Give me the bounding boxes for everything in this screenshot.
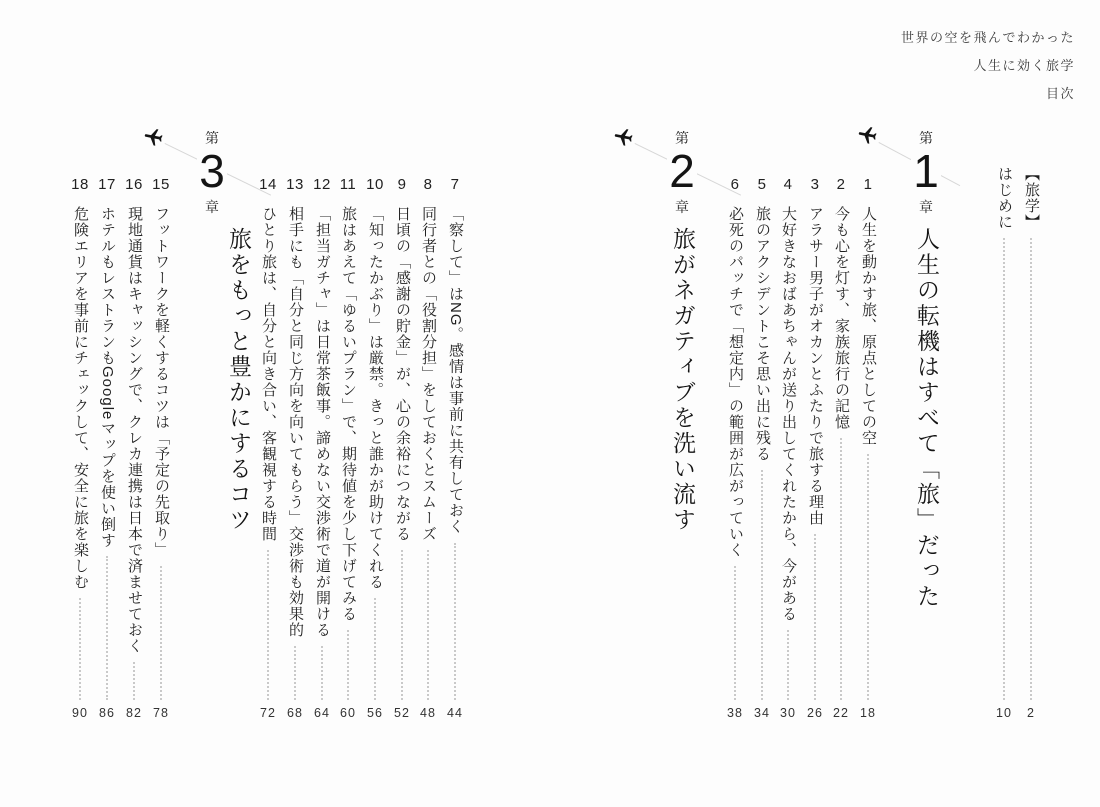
chapter-1-heading: 第 1 章 人生の転機はすべて「旅」だった <box>908 131 944 610</box>
toc-item-13: 13 相手にも「自分と同じ方向を向いてもらう」交渉術も効果的 68 <box>281 174 309 720</box>
item-title: 「察して」はNG。感情は事前に共有しておく <box>446 206 464 535</box>
dotted-leader <box>79 598 81 700</box>
dotted-leader <box>133 662 135 700</box>
page-number: 52 <box>394 706 410 720</box>
dotted-leader <box>454 543 456 701</box>
item-number: 13 <box>286 174 304 196</box>
airplane-icon <box>857 124 878 145</box>
item-number: 15 <box>152 174 170 196</box>
toc-item-8: 8 同行者との「役割分担」をしておくとスムーズ 48 <box>414 174 442 720</box>
item-title: ホテルもレストランもGoogleマップを使い倒す <box>98 206 116 548</box>
page-number: 86 <box>99 706 115 720</box>
toc-item-15: 15 フットワークを軽くするコツは「予定の先取り」 78 <box>147 174 175 720</box>
item-number: 9 <box>398 174 407 196</box>
dotted-leader <box>787 630 789 700</box>
chapter-number: 1 <box>911 145 941 197</box>
dotted-leader <box>1003 238 1005 700</box>
toc-item-10: 10 「知ったかぶり」は厳禁。きっと誰かが助けてくれる 56 <box>361 174 389 720</box>
dotted-leader <box>734 566 736 700</box>
page-number: 44 <box>447 706 463 720</box>
item-title: 相手にも「自分と同じ方向を向いてもらう」交渉術も効果的 <box>286 206 304 638</box>
entry-title: 【旅学】 <box>1022 166 1040 230</box>
toc-heading: 目次 <box>901 80 1075 108</box>
toc-item-14: 14 ひとり旅は、自分と向き合い、客観視する時間 72 <box>254 174 282 720</box>
item-title: アラサー男子がオカンとふたりで旅する理由 <box>806 206 824 526</box>
dotted-leader <box>840 438 842 700</box>
item-title: フットワークを軽くするコツは「予定の先取り」 <box>152 206 170 558</box>
item-title: 大好きなおばあちゃんが送り出してくれたから、今がある <box>779 206 797 622</box>
airplane-icon <box>613 126 634 147</box>
running-head: 世界の空を飛んでわかった 人生に効く旅学 目次 <box>901 24 1075 108</box>
toc-entry-ryogaku: 【旅学】 2 <box>1017 166 1045 720</box>
item-title: 今も心を灯す、家族旅行の記憶 <box>832 206 850 430</box>
page-number: 56 <box>367 706 383 720</box>
toc-item-16: 16 現地通貨はキャッシングで、クレカ連携は日本で済ませておく 82 <box>120 174 148 720</box>
page-number: 68 <box>287 706 303 720</box>
dotted-leader <box>401 550 403 700</box>
item-title: 旅はあえて「ゆるいプラン」で、期待値を少し下げてみる <box>339 206 357 622</box>
item-number: 7 <box>451 174 460 196</box>
page-number: 18 <box>860 706 876 720</box>
item-title: 現地通貨はキャッシングで、クレカ連携は日本で済ませておく <box>125 206 143 654</box>
item-title: 同行者との「役割分担」をしておくとスムーズ <box>419 206 437 542</box>
chapter-title: 旅がネガティブを洗い流す <box>667 227 697 533</box>
item-number: 17 <box>98 174 116 196</box>
airplane-icon <box>143 126 164 147</box>
item-number: 18 <box>71 174 89 196</box>
page-number: 90 <box>72 706 88 720</box>
dotted-leader <box>761 470 763 700</box>
toc-item-11: 11 旅はあえて「ゆるいプラン」で、期待値を少し下げてみる 60 <box>334 174 362 720</box>
item-title: 人生を動かす旅、原点としての空 <box>859 206 877 446</box>
dotted-leader <box>321 646 323 700</box>
item-title: 「担当ガチャ」は日常茶飯事。諦めない交渉術で道が開ける <box>313 206 331 638</box>
item-number: 10 <box>366 174 384 196</box>
toc-item-6: 6 必死のパッチで「想定内」の範囲が広がっていく 38 <box>721 174 749 720</box>
toc-item-17: 17 ホテルもレストランもGoogleマップを使い倒す 86 <box>93 174 121 720</box>
page-number: 2 <box>1027 706 1035 720</box>
dotted-leader <box>160 566 162 700</box>
chapter-label-prefix: 第 <box>675 131 689 145</box>
toc-item-9: 9 日頃の「感謝の貯金」が、心の余裕につながる 52 <box>388 174 416 720</box>
dotted-leader <box>106 556 108 700</box>
dotted-leader <box>867 454 869 700</box>
chapter-label-prefix: 第 <box>919 131 933 145</box>
chapter-label-suffix: 章 <box>205 200 219 214</box>
item-title: 必死のパッチで「想定内」の範囲が広がっていく <box>726 206 744 558</box>
chapter-title: 人生の転機はすべて「旅」だった <box>911 227 941 610</box>
toc-item-3: 3 アラサー男子がオカンとふたりで旅する理由 26 <box>801 174 829 720</box>
page-number: 10 <box>996 706 1012 720</box>
chapter-label-prefix: 第 <box>205 131 219 145</box>
dotted-leader <box>1030 238 1032 700</box>
chapter-3-heading: 第 3 章 旅をもっと豊かにするコツ <box>220 131 256 533</box>
page-number: 78 <box>153 706 169 720</box>
toc-item-7: 7 「察して」はNG。感情は事前に共有しておく 44 <box>441 174 469 720</box>
item-title: ひとり旅は、自分と向き合い、客観視する時間 <box>259 206 277 542</box>
dotted-leader <box>374 598 376 700</box>
toc-item-4: 4 大好きなおばあちゃんが送り出してくれたから、今がある 30 <box>774 174 802 720</box>
page-number: 60 <box>340 706 356 720</box>
dotted-leader <box>294 646 296 700</box>
item-number: 1 <box>864 174 873 196</box>
page-number: 38 <box>727 706 743 720</box>
page-number: 72 <box>260 706 276 720</box>
toc-item-1: 1 人生を動かす旅、原点としての空 18 <box>854 174 882 720</box>
dotted-leader <box>427 550 429 700</box>
toc-item-5: 5 旅のアクシデントこそ思い出に残る 34 <box>748 174 776 720</box>
dotted-leader <box>347 630 349 700</box>
item-number: 4 <box>784 174 793 196</box>
toc-item-2: 2 今も心を灯す、家族旅行の記憶 22 <box>827 174 855 720</box>
item-number: 11 <box>340 174 357 196</box>
item-number: 2 <box>837 174 846 196</box>
item-number: 12 <box>313 174 331 196</box>
page-number: 34 <box>754 706 770 720</box>
page-number: 82 <box>126 706 142 720</box>
chapter-2-heading: 第 2 章 旅がネガティブを洗い流す <box>664 131 700 533</box>
page-number: 22 <box>833 706 849 720</box>
toc-item-12: 12 「担当ガチャ」は日常茶飯事。諦めない交渉術で道が開ける 64 <box>308 174 336 720</box>
toc-item-18: 18 危険エリアを事前にチェックして、安全に旅を楽しむ 90 <box>66 174 94 720</box>
chapter-number: 2 <box>667 145 697 197</box>
page-number: 26 <box>807 706 823 720</box>
item-title: 日頃の「感謝の貯金」が、心の余裕につながる <box>393 206 411 542</box>
book-subtitle: 人生に効く旅学 <box>901 52 1075 80</box>
dotted-leader <box>267 550 269 700</box>
item-title: 旅のアクシデントこそ思い出に残る <box>753 206 771 462</box>
book-title: 世界の空を飛んでわかった <box>901 24 1075 52</box>
toc-spread: 世界の空を飛んでわかった 人生に効く旅学 目次 【旅学】 2 はじめに 10 第… <box>0 0 1100 807</box>
item-number: 16 <box>125 174 143 196</box>
dotted-leader <box>814 534 816 700</box>
page-number: 30 <box>780 706 796 720</box>
chapter-label-suffix: 章 <box>675 200 689 214</box>
page-number: 48 <box>420 706 436 720</box>
chapter-title: 旅をもっと豊かにするコツ <box>223 227 253 533</box>
item-number: 3 <box>811 174 820 196</box>
toc-entry-hajimeni: はじめに 10 <box>990 166 1018 720</box>
item-number: 8 <box>424 174 433 196</box>
chapter-number: 3 <box>197 145 227 197</box>
page-number: 64 <box>314 706 330 720</box>
chapter-label-suffix: 章 <box>919 200 933 214</box>
item-number: 5 <box>758 174 767 196</box>
item-title: 危険エリアを事前にチェックして、安全に旅を楽しむ <box>71 206 89 590</box>
item-title: 「知ったかぶり」は厳禁。きっと誰かが助けてくれる <box>366 206 384 590</box>
entry-title: はじめに <box>995 166 1013 230</box>
